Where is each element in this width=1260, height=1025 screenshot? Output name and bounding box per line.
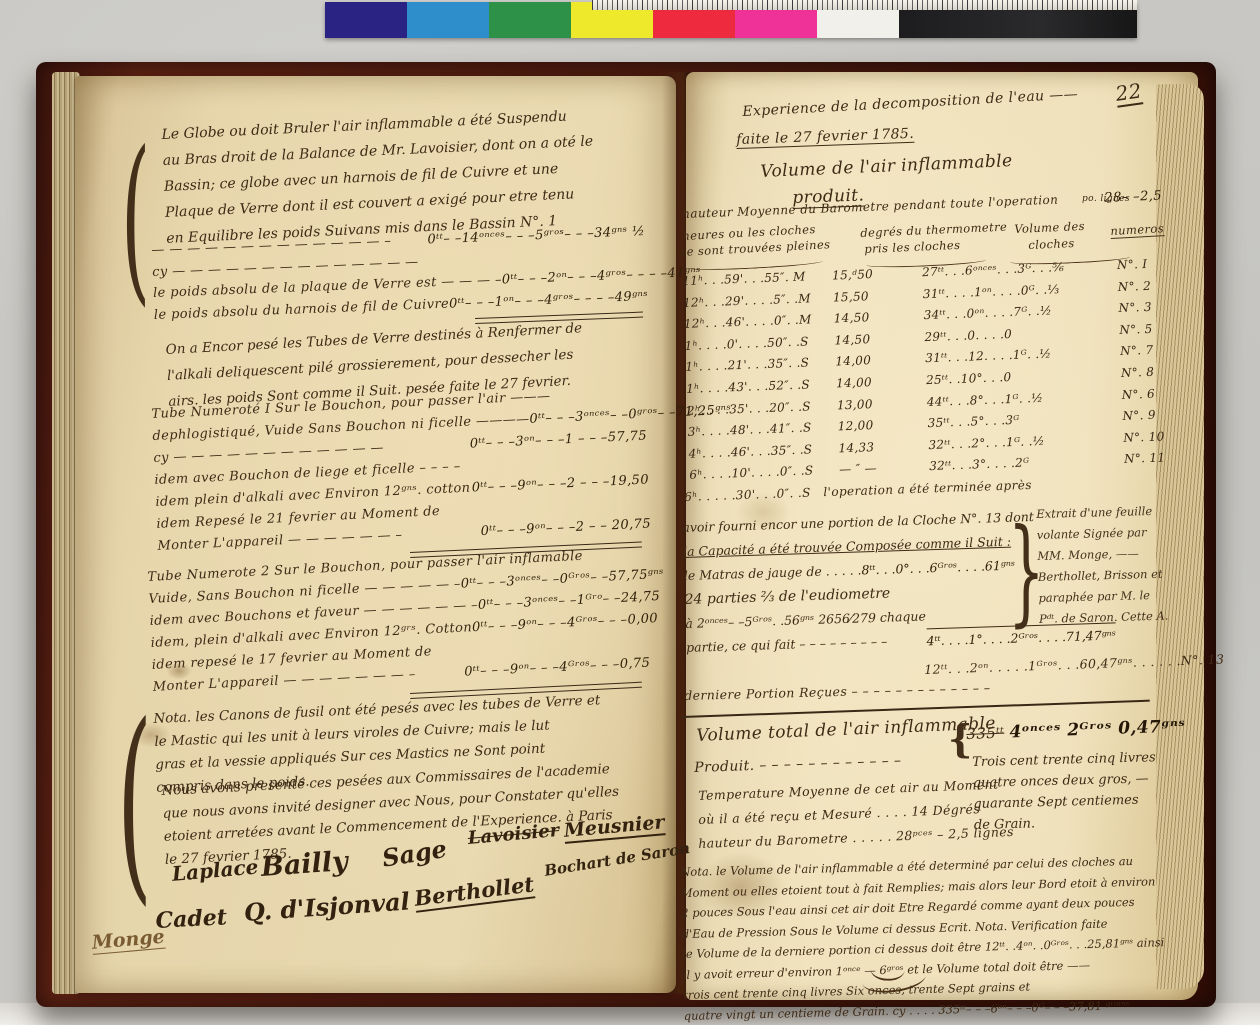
signature-cadet: Cadet [155,904,228,934]
tube2-value [649,631,650,653]
tube1-block: Tube Numeroté I Sur le Bouchon, pour pas… [151,382,651,558]
color-patch-green [489,2,571,38]
section-title: Volume de l'air inflammable [760,151,1013,182]
closing-time: 6ʰ. . . . .30'. . .0″. .S [684,486,811,504]
left-page-content: ( Le Globe ou doit Bruler l'air inflamma… [75,80,676,993]
signature-monge: Monge [91,926,166,955]
experiment-title: Experience de la decomposition de l'eau … [742,86,1079,120]
barometer-label: hauteur Moyenne du Barometre pendant tou… [682,193,1058,222]
cell-numero: N°. 6 [1121,385,1184,409]
tube1-value [649,491,650,513]
cell-temp: — ″ — [839,459,930,484]
signature-disjonval: Q. d'Isjonval [243,886,411,927]
tube1-value [644,382,645,404]
barometer-value: 28– –2,5 [1104,189,1162,206]
margin-note: Extrait d'une feuille volante Signée par… [1036,501,1169,630]
section-rule [682,700,1150,718]
table-header-degrees-2: pris les cloches [864,238,961,256]
cloche13-total: 12ᵗᵗ. . .2ᵒⁿ. . . . .1ᴳʳᵒˢ. . .60,47ᵍⁿˢ.… [924,652,1225,677]
cell-numero: N°. 10 [1123,428,1186,452]
temperature-line-2: où il a été reçu et Mesuré . . . . 14 Dé… [698,801,980,827]
margin-note-line: Pᵈᵗ. de Saron. Cette A. [1039,606,1169,630]
cell-numero: N°. 9 [1122,407,1185,431]
experiment-date: faite le 27 fevrier 1785. [736,126,914,149]
total-value: 4ᵒⁿᶜᵉˢ 2ᴳʳᵒˢ 0,47ᵍⁿˢ [1009,716,1186,742]
cell-numero: N°. 8 [1121,364,1184,388]
cell-numero: N°. 2 [1117,277,1180,301]
photo-of-manuscript: ( Le Globe ou doit Bruler l'air inflamma… [0,0,1260,1025]
tube1-value [647,448,648,470]
barometer-line: hauteur Moyenne du Barometre pendant tou… [682,189,1162,222]
table-header-volume-2: cloches [1028,236,1075,252]
measurement-ruler [592,0,1137,10]
weights-block: — — — — — — — — — — — — — –0ᵗᵗ– –14ᵒⁿᶜᵉˢ… [151,221,648,326]
table-header-volume: Volume des [1014,219,1085,236]
partie-label: partie, ce qui fait – – – – – – – – – [686,630,888,661]
cell-numero: N°. 5 [1119,321,1182,345]
tube2-block: Tube Numerote 2 Sur le Bouchon, pour pas… [147,543,651,699]
page-number: 22 [1114,78,1144,107]
open-notebook: ( Le Globe ou doit Bruler l'air inflamma… [36,62,1216,1007]
matras-value: 8ᵗᵗ. . .0°. . .6ᴳʳᵒˢ. . . .61ᵍⁿˢ [861,554,1015,583]
weight-value [645,243,646,264]
cell-numero: N°. 7 [1120,342,1183,366]
produit-line: Produit. – – – – – – – – – – – – [694,753,902,776]
derniere-portion-line: derniere Portion Reçues – – – – – – – – … [684,680,991,703]
margin-brace-icon: ( [117,680,152,925]
nota-verification-block: Nota. le Volume de l'air inflammable a é… [680,850,1166,1025]
barometer-line-2: hauteur du Barometre . . . . . 28ᵖᶜᵉˢ – … [698,824,1014,851]
cell-numero: N°. 3 [1118,299,1181,323]
right-page-content: 22 Experience de la decomposition de l'e… [662,76,1192,1001]
total-struck-value: 335ᵗᵗ [966,724,1005,743]
signature-bailly: Bailly [260,846,349,883]
temperature-line-1: Temperature Moyenne de cet air au Moment [698,776,999,803]
table-header-degrees: degrés du thermometre [860,220,1007,240]
signature-berthollet: Berthollet [413,871,536,912]
cell-numero: N°. I [1117,256,1180,280]
table-header-numeros: numeros [1110,221,1164,239]
color-patch-blue [407,2,489,38]
margin-brace-icon: ( [121,114,150,323]
color-patch-navy [325,2,407,38]
margin-note-line: Extrait d'une feuille [1036,501,1166,525]
measurements-table: 11ʰ. . .59'. . .55″. M15,ᵈ5027ᵗᵗ. . .6ᵒⁿ… [682,256,1190,490]
cell-numero: N°. 11 [1124,450,1187,474]
total-in-words: Trois cent trente cinq livres quatre onc… [972,747,1158,836]
total-value-line: 335ᵗᵗ 4ᵒⁿᶜᵉˢ 2ᴳʳᵒˢ 0,47ᵍⁿˢ [966,716,1186,744]
tube2-value [644,543,645,565]
